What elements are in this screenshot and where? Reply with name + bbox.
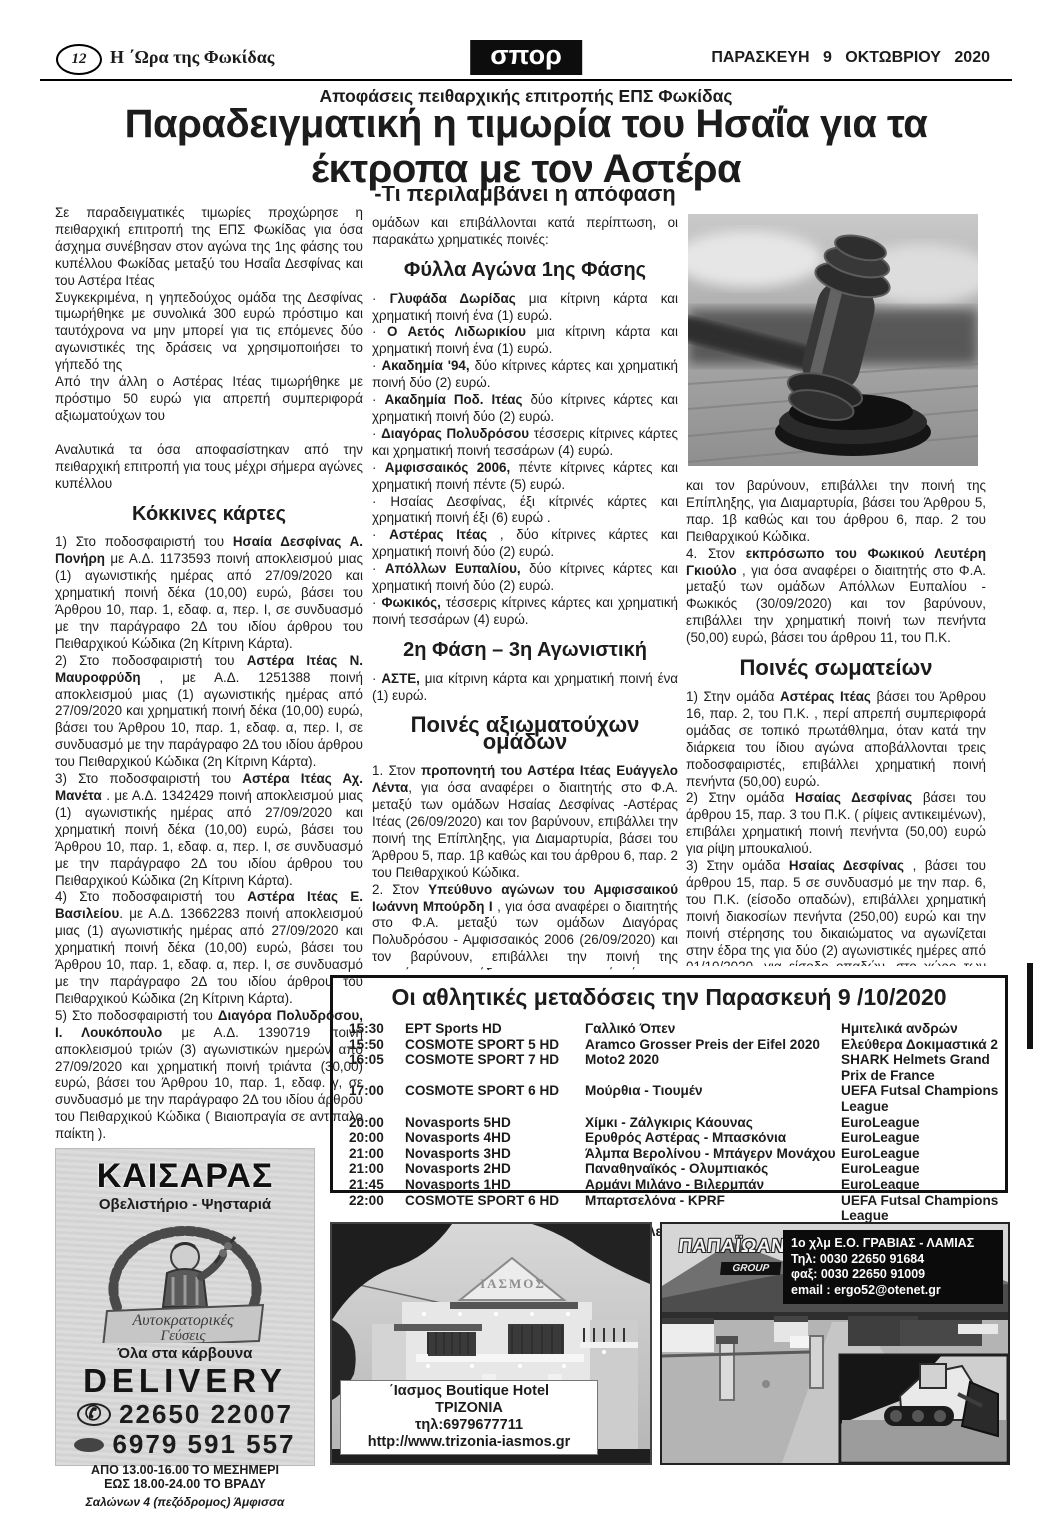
penalty-item: 5) Στο ποδοσφαιριστή του Διαγόρα Πολυδρό… <box>55 1008 363 1143</box>
penalty-item: 3) Στην ομάδα Ησαίας Δεσφίνας , βάσει το… <box>686 858 986 966</box>
penalty-item: · ΑΣΤΕ, μια κίτρινη κάρτα και χρηματική … <box>372 671 678 705</box>
section-badge: σπορ <box>470 40 582 75</box>
decision-subhead: -Τι περιλαμβάνει η απόφαση <box>372 186 678 203</box>
officials-list: 1. Στον προπονητή του Αστέρα Ιτέας Ευάγγ… <box>372 763 678 970</box>
broadcast-title: Οι αθλητικές μεταδόσεις την Παρασκευή 9 … <box>333 984 1005 1011</box>
broadcast-channel: Novasports 3HD <box>405 1146 585 1162</box>
ad-iasmos-hotel: ΙΑΣΜΟΣ <box>330 1222 652 1465</box>
penalty-item: 4. Στον εκπρόσωπο του Φωκικού Λευτέρη Γκ… <box>686 546 986 647</box>
broadcast-schedule-box: Οι αθλητικές μεταδόσεις την Παρασκευή 9 … <box>330 975 1008 1193</box>
phase2-list: · ΑΣΤΕ, μια κίτρινη κάρτα και χρηματική … <box>372 671 678 705</box>
broadcast-event: Moto2 2020 <box>585 1052 841 1083</box>
headline-line-1: Παραδειγματική η τιμωρία του Ησαΐα για τ… <box>125 102 928 146</box>
broadcast-channel: COSMOTE SPORT 5 HD <box>405 1037 585 1053</box>
broadcast-time: 20:00 <box>349 1130 405 1146</box>
broadcast-time: 21:00 <box>349 1161 405 1177</box>
continuation-paragraphs: και τον βαρύνουν, επιβάλλει την ποινή τη… <box>686 478 986 647</box>
broadcast-row: 15:50 COSMOTE SPORT 5 HD Aramco Grosser … <box>333 1037 1005 1053</box>
broadcast-channel: COSMOTE SPORT 7 HD <box>405 1052 585 1083</box>
emblem-banner-line-1: Αυτοκρατορικές <box>132 1312 234 1329</box>
caesar-emblem: Αυτοκρατορικές Γεύσεις <box>95 1215 275 1343</box>
penalty-item: 1) Στο ποδοσφαιριστή του Ησαία Δεσφίνας … <box>55 534 363 652</box>
ad-kaisaras-phone-1: ✆ 22650 22007 <box>56 1400 314 1430</box>
penalty-item: 2. Στον Υπεύθυνο αγώνων του Αμφισσαικού … <box>372 882 678 970</box>
broadcast-time: 21:45 <box>349 1177 405 1193</box>
ad-kaisaras: ΚΑΙΣΑΡΑΣ Οβελιστήριο - Ψησταριά Αυτοκρατ… <box>55 1148 315 1466</box>
penalty-item: 1. Στον προπονητή του Αστέρα Ιτέας Ευάγγ… <box>372 763 678 881</box>
broadcast-channel: COSMOTE SPORT 6 HD <box>405 1193 585 1224</box>
contact-line: Τηλ: 0030 22650 91684 <box>791 1252 995 1268</box>
broadcast-row: 21:00 Novasports 3HD Άλμπα Βερολίνου - Μ… <box>333 1146 1005 1162</box>
broadcast-time: 15:30 <box>349 1021 405 1037</box>
newspaper-page: 12 Η ΄Ωρα της Φωκίδας σπορ ΠΑΡΑΣΚΕΥΗ 9 Ο… <box>0 0 1052 1524</box>
broadcast-competition: EuroLeague <box>841 1130 1005 1146</box>
penalty-item: 3) Στο ποδοσφαιριστή του Αστέρα Ιτέας Αχ… <box>55 771 363 889</box>
hotel-info-line: ΄Ιασμος Boutique Hotel <box>343 1383 595 1400</box>
article-headline: Παραδειγματική η τιμωρία του Ησαΐα για τ… <box>0 102 1052 192</box>
ad-kaisaras-phone-2: 6979 591 557 <box>56 1430 314 1460</box>
hotel-info-line: ΤΡΙΖΟΝΙΑ <box>343 1400 595 1417</box>
broadcast-row: 15:30 EPT Sports HD Γαλλικό Όπεν Ημιτελι… <box>333 1021 1005 1037</box>
broadcast-competition: EuroLeague <box>841 1115 1005 1131</box>
broadcast-channel: Novasports 5HD <box>405 1115 585 1131</box>
broadcast-competition: Ημιτελικά ανδρών <box>841 1021 1005 1037</box>
penalty-item: · Αμφισσαικός 2006, πέντε κίτρινες κάρτε… <box>372 460 678 494</box>
broadcast-event: Ερυθρός Αστέρας - Μπασκόνια <box>585 1130 841 1146</box>
broadcast-channel: Novasports 1HD <box>405 1177 585 1193</box>
ad-papaioannou: ΠΑΠΑΪΩΑΝΝΟΥ GROUP 1ο χλμ Ε.Ο. ΓΡΑΒΙΑΣ - … <box>660 1222 1010 1465</box>
penalty-item: · Διαγόρας Πολυδρόσου τέσσερις κίτρινες … <box>372 426 678 460</box>
ad-kaisaras-title: ΚΑΙΣΑΡΑΣ <box>56 1157 314 1196</box>
gavel-photo <box>688 214 978 466</box>
body-paragraph: Συγκεκριμένα, η γηπεδούχος ομάδα της Δεσ… <box>55 290 363 375</box>
newspaper-name: Η ΄Ωρα της Φωκίδας <box>110 47 274 68</box>
hotel-info-label: ΄Ιασμος Boutique HotelΤΡΙΖΟΝΙΑτηλ:697967… <box>340 1380 598 1455</box>
broadcast-time: 22:00 <box>349 1193 405 1224</box>
penalty-item: · Αστέρας Ιτέας , δύο κίτρινες κάρτες κα… <box>372 527 678 561</box>
broadcast-competition: UEFA Futsal Champions League <box>841 1193 1005 1224</box>
broadcast-event: Γαλλικό Όπεν <box>585 1021 841 1037</box>
papaioannou-contact-box: 1ο χλμ Ε.Ο. ΓΡΑΒΙΑΣ - ΛΑΜΙΑΣΤηλ: 0030 22… <box>783 1230 1003 1304</box>
page-number-badge: 12 <box>56 44 102 75</box>
intro-paragraphs: Σε παραδειγματικές τιμωρίες προχώρησε η … <box>55 205 363 425</box>
broadcast-row: 22:00 COSMOTE SPORT 6 HD Μπαρτσελόνα - K… <box>333 1193 1005 1224</box>
ad-kaisaras-subtitle: Οβελιστήριο - Ψησταριά <box>56 1196 314 1213</box>
body-paragraph: Σε παραδειγματικές τιμωρίες προχώρησε η … <box>55 205 363 290</box>
broadcast-time: 21:00 <box>349 1146 405 1162</box>
broadcast-event: Μούρθια - Τιουμέν <box>585 1083 841 1114</box>
oval-logo-icon <box>74 1438 104 1452</box>
contact-line: 1ο χλμ Ε.Ο. ΓΡΑΒΙΑΣ - ΛΑΜΙΑΣ <box>791 1236 995 1252</box>
penalty-item: · Φωκικός, τέσσερις κίτρινες κάρτες και … <box>372 595 678 629</box>
broadcast-event: Αρμάνι Μιλάνο - Βιλερμπάν <box>585 1177 841 1193</box>
page-edge-mark <box>1027 963 1033 1049</box>
article-column-middle: -Τι περιλαμβάνει η απόφαση ομάδων και επ… <box>372 186 678 970</box>
penalty-item: · Ησαίας Δεσφίνας, έξι κίτρινές κάρτες κ… <box>372 494 678 528</box>
penalty-item: 1) Στην ομάδα Αστέρας Ιτέας βάσει του Άρ… <box>686 689 986 790</box>
penalty-item: · Γλυφάδα Δωρίδας μια κίτρινη κάρτα και … <box>372 291 678 325</box>
broadcast-time: 15:50 <box>349 1037 405 1053</box>
broadcast-row: 21:00 Novasports 2HD Παναθηναϊκός - Ολυμ… <box>333 1161 1005 1177</box>
penalty-item: · Απόλλων Ευπαλίου, δύο κίτρινες κάρτες … <box>372 561 678 595</box>
article-column-right: και τον βαρύνουν, επιβάλλει την ποινή τη… <box>686 214 986 966</box>
penalty-item: · Ο Αετός Λιδωρικίου μια κίτρινη κάρτα κ… <box>372 324 678 358</box>
penalty-item: 4) Στο ποδοσφαιριστή του Αστέρα Ιτέας Ε.… <box>55 889 363 1007</box>
hotel-sign: ΙΑΣΜΟΣ <box>480 1276 546 1291</box>
ad-kaisaras-tagline: Όλα στα κάρβουνα <box>56 1345 314 1362</box>
ad-kaisaras-hours-2: ΕΩΣ 18.00-24.00 ΤΟ ΒΡΑΔΥ <box>56 1477 314 1491</box>
broadcast-channel: COSMOTE SPORT 6 HD <box>405 1083 585 1114</box>
header-divider <box>40 79 1012 81</box>
penalty-item: · Ακαδημία '94, δύο κίτρινες κάρτες και … <box>372 358 678 392</box>
broadcast-competition: EuroLeague <box>841 1161 1005 1177</box>
clubs-list: 1) Στην ομάδα Αστέρας Ιτέας βάσει του Άρ… <box>686 689 986 966</box>
broadcast-rows: 15:30 EPT Sports HD Γαλλικό Όπεν Ημιτελι… <box>333 1021 1005 1239</box>
red-cards-list: 1) Στο ποδοσφαιριστή του Ησαία Δεσφίνας … <box>55 534 363 1143</box>
broadcast-channel: Novasports 2HD <box>405 1161 585 1177</box>
red-cards-heading: Κόκκινες κάρτες <box>55 506 363 523</box>
phone-icon: ✆ <box>77 1403 111 1426</box>
contact-line: φαξ: 0030 22650 91009 <box>791 1267 995 1283</box>
penalty-item: 2) Στο ποδοσφαιριστή του Αστέρα Ιτέας Ν.… <box>55 653 363 771</box>
body-paragraph: Από την άλλη ο Αστέρας Ιτέας τιμωρήθηκε … <box>55 374 363 425</box>
broadcast-row: 17:00 COSMOTE SPORT 6 HD Μούρθια - Τιουμ… <box>333 1083 1005 1114</box>
phase1-list: · Γλυφάδα Δωρίδας μια κίτρινη κάρτα και … <box>372 291 678 629</box>
hotel-info-line: τηλ:6979677711 <box>343 1417 595 1434</box>
penalty-item: και τον βαρύνουν, επιβάλλει την ποινή τη… <box>686 478 986 546</box>
broadcast-event: Άλμπα Βερολίνου - Μπάγερν Μονάχου <box>585 1146 841 1162</box>
broadcast-competition: EuroLeague <box>841 1146 1005 1162</box>
officials-heading: Ποινές αξιωματούχων ομάδων <box>372 717 678 751</box>
broadcast-competition: Ελεύθερα Δοκιμαστικά 2 <box>841 1037 1005 1053</box>
broadcast-row: 21:45 Novasports 1HD Αρμάνι Μιλάνο - Βιλ… <box>333 1177 1005 1193</box>
broadcast-time: 17:00 <box>349 1083 405 1114</box>
article-column-left: Σε παραδειγματικές τιμωρίες προχώρησε η … <box>55 205 363 1143</box>
broadcast-event: Χίμκι - Ζάλγκιρις Κάουνας <box>585 1115 841 1131</box>
broadcast-time: 16:05 <box>349 1052 405 1083</box>
broadcast-competition: UEFA Futsal Champions League <box>841 1083 1005 1114</box>
clubs-heading: Ποινές σωματείων <box>686 660 986 677</box>
contact-line: email : ergo52@otenet.gr <box>791 1283 995 1299</box>
broadcast-row: 16:05 COSMOTE SPORT 7 HD Moto2 2020 SHAR… <box>333 1052 1005 1083</box>
penalty-item: · Ακαδημία Ποδ. Ιτέας δύο κίτρινες κάρτε… <box>372 392 678 426</box>
phase2-heading: 2η Φάση – 3η Αγωνιστική <box>372 642 678 659</box>
broadcast-competition: SHARK Helmets Grand Prix de France <box>841 1052 1005 1083</box>
broadcast-channel: EPT Sports HD <box>405 1021 585 1037</box>
ad-kaisaras-hours-1: ΑΠΟ 13.00-16.00 ΤΟ ΜΕΣΗΜΕΡΙ <box>56 1463 314 1477</box>
broadcast-row: 20:00 Novasports 5HD Χίμκι - Ζάλγκιρις Κ… <box>333 1115 1005 1131</box>
broadcast-competition: EuroLeague <box>841 1177 1005 1193</box>
broadcast-event: Μπαρτσελόνα - KPRF <box>585 1193 841 1224</box>
ad-kaisaras-delivery: DELIVERY <box>56 1362 314 1400</box>
issue-date: ΠΑΡΑΣΚΕΥΗ 9 ΟΚΤΩΒΡΙΟΥ 2020 <box>711 49 990 67</box>
emblem-banner-line-2: Γεύσεις <box>160 1328 207 1343</box>
penalty-item: 2) Στην ομάδα Ησαίας Δεσφίνας βάσει του … <box>686 790 986 858</box>
broadcast-row: 20:00 Novasports 4HD Ερυθρός Αστέρας - Μ… <box>333 1130 1005 1146</box>
headline-line-2: έκτροπα με τον Αστέρα <box>311 147 741 191</box>
broadcast-event: Παναθηναϊκός - Ολυμπιακός <box>585 1161 841 1177</box>
ad-kaisaras-address: Σαλώνων 4 (πεζόδρομος) Άμφισσα <box>56 1495 314 1509</box>
body-paragraph: ομάδων και επιβάλλονται κατά περίπτωση, … <box>372 215 678 249</box>
hotel-info-line: http://www.trizonia-iasmos.gr <box>343 1434 595 1451</box>
broadcast-time: 20:00 <box>349 1115 405 1131</box>
phase1-heading: Φύλλα Αγώνα 1ης Φάσης <box>372 262 678 279</box>
body-paragraph: Αναλυτικά τα όσα αποφασίστηκαν από την π… <box>55 442 363 493</box>
papaioannou-group-label: GROUP <box>720 1262 782 1275</box>
broadcast-event: Aramco Grosser Preis der Eifel 2020 <box>585 1037 841 1053</box>
broadcast-channel: Novasports 4HD <box>405 1130 585 1146</box>
